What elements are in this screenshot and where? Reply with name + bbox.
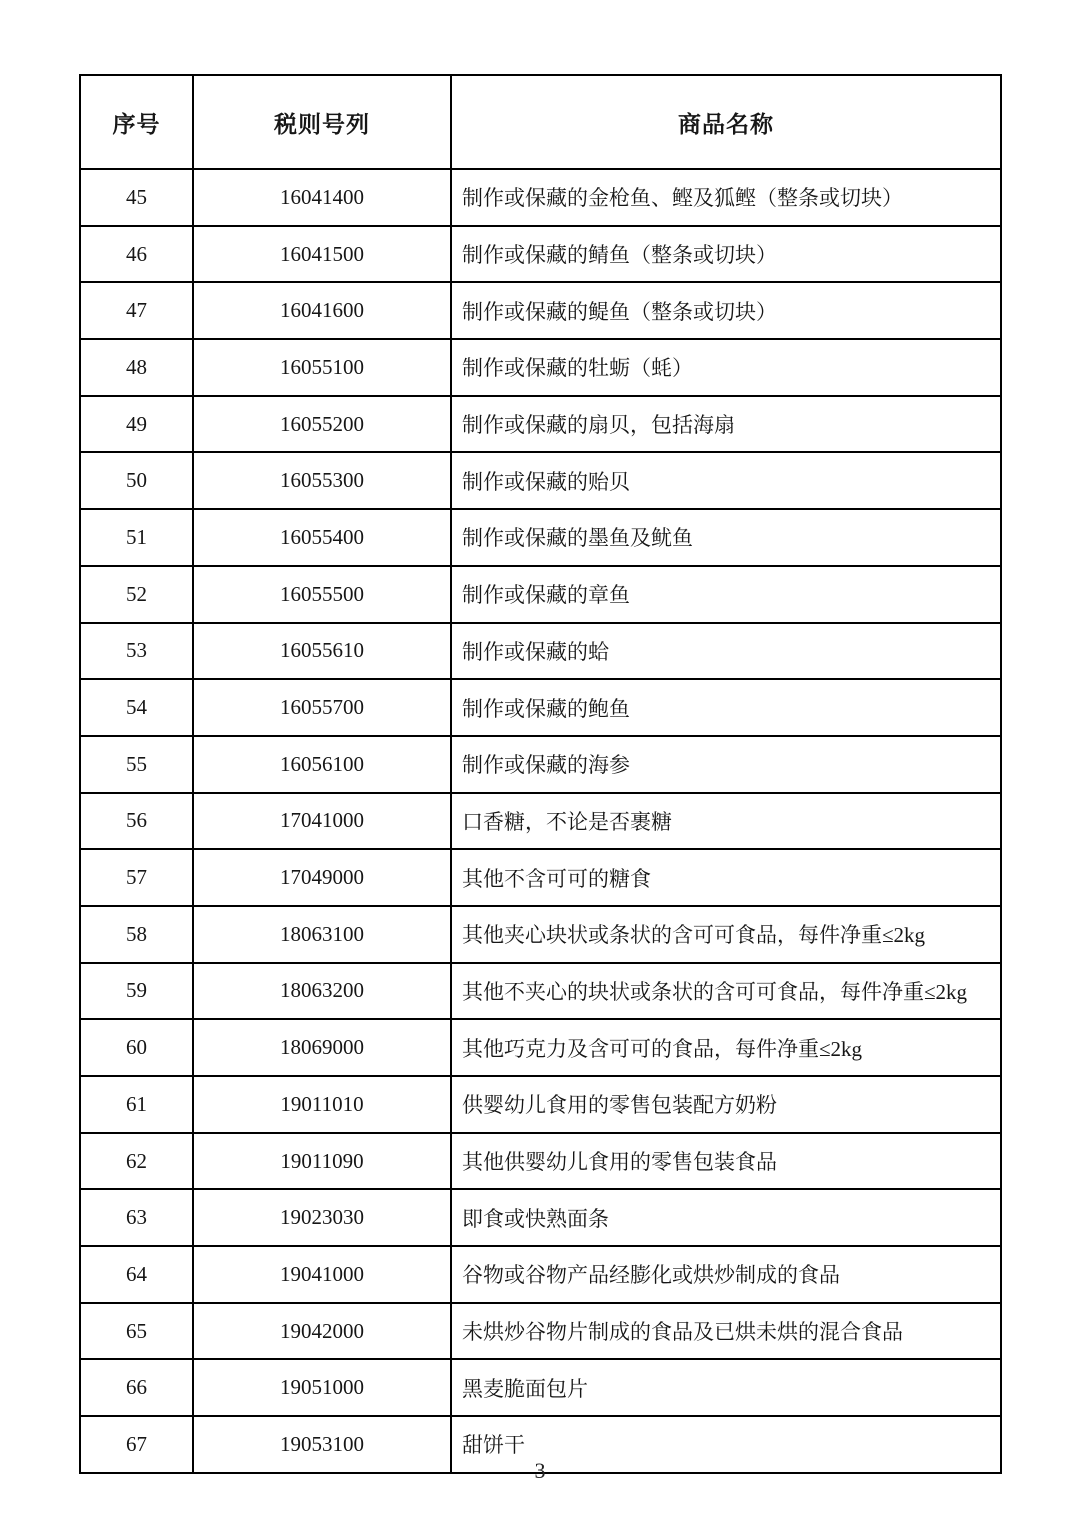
- row-index: 61: [80, 1076, 193, 1133]
- row-product-name: 制作或保藏的贻贝: [451, 452, 1001, 509]
- row-tariff-code: 16055700: [193, 679, 451, 736]
- table-row: 58 18063100 其他夹心块状或条状的含可可食品，每件净重≤2kg: [80, 906, 1001, 963]
- row-index: 50: [80, 452, 193, 509]
- row-index: 46: [80, 226, 193, 283]
- row-tariff-code: 16056100: [193, 736, 451, 793]
- table-row: 66 19051000 黑麦脆面包片: [80, 1359, 1001, 1416]
- row-index: 53: [80, 623, 193, 680]
- row-product-name: 其他夹心块状或条状的含可可食品，每件净重≤2kg: [451, 906, 1001, 963]
- table-row: 57 17049000 其他不含可可的糖食: [80, 849, 1001, 906]
- row-index: 55: [80, 736, 193, 793]
- page-number: 3: [0, 1458, 1080, 1484]
- row-tariff-code: 16055300: [193, 452, 451, 509]
- table-row: 56 17041000 口香糖，不论是否裹糖: [80, 793, 1001, 850]
- table-row: 48 16055100 制作或保藏的牡蛎（蚝）: [80, 339, 1001, 396]
- row-product-name: 黑麦脆面包片: [451, 1359, 1001, 1416]
- row-tariff-code: 18069000: [193, 1019, 451, 1076]
- row-index: 64: [80, 1246, 193, 1303]
- row-product-name: 其他不夹心的块状或条状的含可可食品，每件净重≤2kg: [451, 963, 1001, 1020]
- table-row: 60 18069000 其他巧克力及含可可的食品，每件净重≤2kg: [80, 1019, 1001, 1076]
- row-tariff-code: 18063200: [193, 963, 451, 1020]
- row-product-name: 其他供婴幼儿食用的零售包装食品: [451, 1133, 1001, 1190]
- row-index: 45: [80, 169, 193, 226]
- table-row: 55 16056100 制作或保藏的海参: [80, 736, 1001, 793]
- row-index: 56: [80, 793, 193, 850]
- table-row: 47 16041600 制作或保藏的鳀鱼（整条或切块）: [80, 282, 1001, 339]
- row-product-name: 其他巧克力及含可可的食品，每件净重≤2kg: [451, 1019, 1001, 1076]
- table-row: 53 16055610 制作或保藏的蛤: [80, 623, 1001, 680]
- table-row: 52 16055500 制作或保藏的章鱼: [80, 566, 1001, 623]
- row-product-name: 制作或保藏的章鱼: [451, 566, 1001, 623]
- table-body: 45 16041400 制作或保藏的金枪鱼、鲣及狐鲣（整条或切块） 46 160…: [80, 169, 1001, 1473]
- table-row: 61 19011010 供婴幼儿食用的零售包装配方奶粉: [80, 1076, 1001, 1133]
- row-product-name: 供婴幼儿食用的零售包装配方奶粉: [451, 1076, 1001, 1133]
- row-index: 63: [80, 1189, 193, 1246]
- table-row: 64 19041000 谷物或谷物产品经膨化或烘炒制成的食品: [80, 1246, 1001, 1303]
- table-row: 50 16055300 制作或保藏的贻贝: [80, 452, 1001, 509]
- header-tariff-code: 税则号列: [193, 75, 451, 169]
- table-row: 46 16041500 制作或保藏的鲭鱼（整条或切块）: [80, 226, 1001, 283]
- table-row: 54 16055700 制作或保藏的鲍鱼: [80, 679, 1001, 736]
- row-index: 60: [80, 1019, 193, 1076]
- row-product-name: 制作或保藏的金枪鱼、鲣及狐鲣（整条或切块）: [451, 169, 1001, 226]
- row-product-name: 制作或保藏的蛤: [451, 623, 1001, 680]
- table-row: 45 16041400 制作或保藏的金枪鱼、鲣及狐鲣（整条或切块）: [80, 169, 1001, 226]
- row-index: 54: [80, 679, 193, 736]
- header-index: 序号: [80, 75, 193, 169]
- row-index: 52: [80, 566, 193, 623]
- table-row: 59 18063200 其他不夹心的块状或条状的含可可食品，每件净重≤2kg: [80, 963, 1001, 1020]
- row-product-name: 制作或保藏的鲭鱼（整条或切块）: [451, 226, 1001, 283]
- row-index: 57: [80, 849, 193, 906]
- row-tariff-code: 16055610: [193, 623, 451, 680]
- row-tariff-code: 19011010: [193, 1076, 451, 1133]
- table-row: 49 16055200 制作或保藏的扇贝，包括海扇: [80, 396, 1001, 453]
- row-index: 49: [80, 396, 193, 453]
- row-tariff-code: 16055400: [193, 509, 451, 566]
- document-page: 序号 税则号列 商品名称 45 16041400 制作或保藏的金枪鱼、鲣及狐鲣（…: [0, 0, 1080, 1528]
- table-row: 62 19011090 其他供婴幼儿食用的零售包装食品: [80, 1133, 1001, 1190]
- row-tariff-code: 16055200: [193, 396, 451, 453]
- row-tariff-code: 16055100: [193, 339, 451, 396]
- row-index: 48: [80, 339, 193, 396]
- header-product-name: 商品名称: [451, 75, 1001, 169]
- row-tariff-code: 19051000: [193, 1359, 451, 1416]
- row-product-name: 口香糖，不论是否裹糖: [451, 793, 1001, 850]
- row-tariff-code: 19023030: [193, 1189, 451, 1246]
- row-product-name: 制作或保藏的扇贝，包括海扇: [451, 396, 1001, 453]
- row-product-name: 未烘炒谷物片制成的食品及已烘未烘的混合食品: [451, 1303, 1001, 1360]
- tariff-table: 序号 税则号列 商品名称 45 16041400 制作或保藏的金枪鱼、鲣及狐鲣（…: [79, 74, 1002, 1474]
- row-product-name: 制作或保藏的海参: [451, 736, 1001, 793]
- table-row: 63 19023030 即食或快熟面条: [80, 1189, 1001, 1246]
- row-tariff-code: 16055500: [193, 566, 451, 623]
- table-row: 51 16055400 制作或保藏的墨鱼及鱿鱼: [80, 509, 1001, 566]
- row-index: 66: [80, 1359, 193, 1416]
- row-product-name: 其他不含可可的糖食: [451, 849, 1001, 906]
- row-product-name: 谷物或谷物产品经膨化或烘炒制成的食品: [451, 1246, 1001, 1303]
- row-index: 65: [80, 1303, 193, 1360]
- row-product-name: 制作或保藏的墨鱼及鱿鱼: [451, 509, 1001, 566]
- row-index: 62: [80, 1133, 193, 1190]
- row-tariff-code: 17049000: [193, 849, 451, 906]
- row-index: 51: [80, 509, 193, 566]
- row-tariff-code: 16041400: [193, 169, 451, 226]
- row-tariff-code: 19011090: [193, 1133, 451, 1190]
- table-header-row: 序号 税则号列 商品名称: [80, 75, 1001, 169]
- row-index: 58: [80, 906, 193, 963]
- row-product-name: 制作或保藏的鳀鱼（整条或切块）: [451, 282, 1001, 339]
- row-tariff-code: 16041500: [193, 226, 451, 283]
- table-row: 65 19042000 未烘炒谷物片制成的食品及已烘未烘的混合食品: [80, 1303, 1001, 1360]
- row-index: 59: [80, 963, 193, 1020]
- row-product-name: 制作或保藏的牡蛎（蚝）: [451, 339, 1001, 396]
- row-tariff-code: 19041000: [193, 1246, 451, 1303]
- row-index: 47: [80, 282, 193, 339]
- row-product-name: 即食或快熟面条: [451, 1189, 1001, 1246]
- row-product-name: 制作或保藏的鲍鱼: [451, 679, 1001, 736]
- row-tariff-code: 17041000: [193, 793, 451, 850]
- row-tariff-code: 16041600: [193, 282, 451, 339]
- row-tariff-code: 18063100: [193, 906, 451, 963]
- row-tariff-code: 19042000: [193, 1303, 451, 1360]
